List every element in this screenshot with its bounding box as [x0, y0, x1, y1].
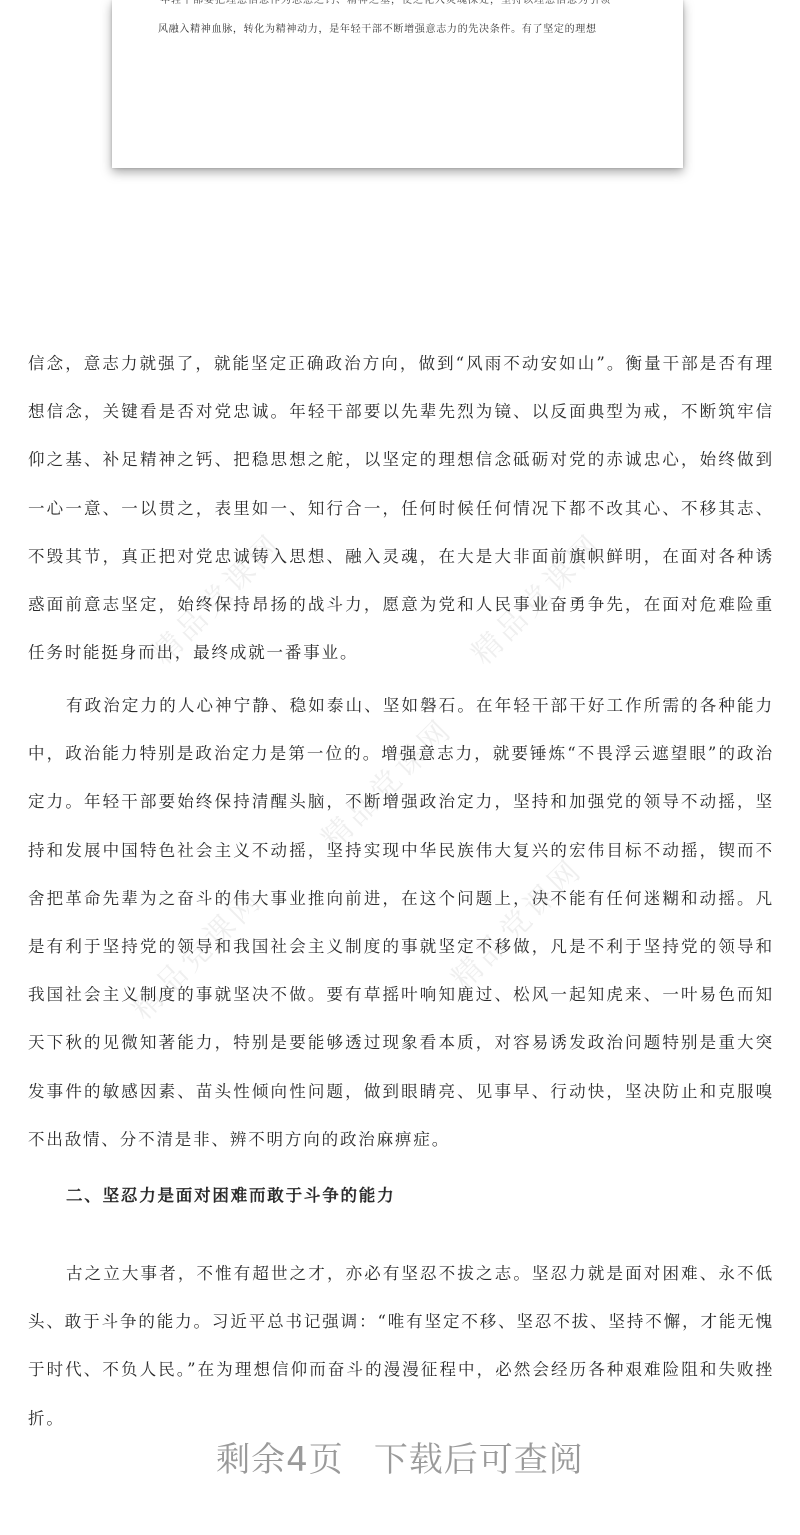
- remaining-pages-label: 剩余4页: [216, 1440, 344, 1480]
- download-prompt[interactable]: 剩余4页下载后可查阅: [0, 1432, 800, 1481]
- page-preview-card: 年轻干部要把理想信念作为思想之钙、精神之基，使之化入灵魂深处，坚持以理想信念为引…: [112, 0, 683, 168]
- paragraph: 有政治定力的人心神宁静、稳如泰山、坚如磐石。在年轻干部干好工作所需的各种能力中，…: [28, 682, 774, 1164]
- paragraph: 信念，意志力就强了，就能坚定正确政治方向，做到“风雨不动安如山”。衡量干部是否有…: [28, 340, 774, 677]
- preview-cut-line: 年轻干部要把理想信念作为思想之钙、精神之基，使之化入灵魂深处，坚持以理想信念为引…: [160, 0, 640, 6]
- preview-text-line: 风融入精神血脉，转化为精神动力，是年轻干部不断增强意志力的先决条件。有了坚定的理…: [158, 20, 597, 35]
- paragraph: 古之立大事者，不惟有超世之才，亦必有坚忍不拔之志。坚忍力就是面对困难、永不低头、…: [28, 1250, 774, 1443]
- section-heading: 二、坚忍力是面对困难而敢于斗争的能力: [66, 1172, 395, 1220]
- download-to-view-label: 下载后可查阅: [374, 1440, 584, 1480]
